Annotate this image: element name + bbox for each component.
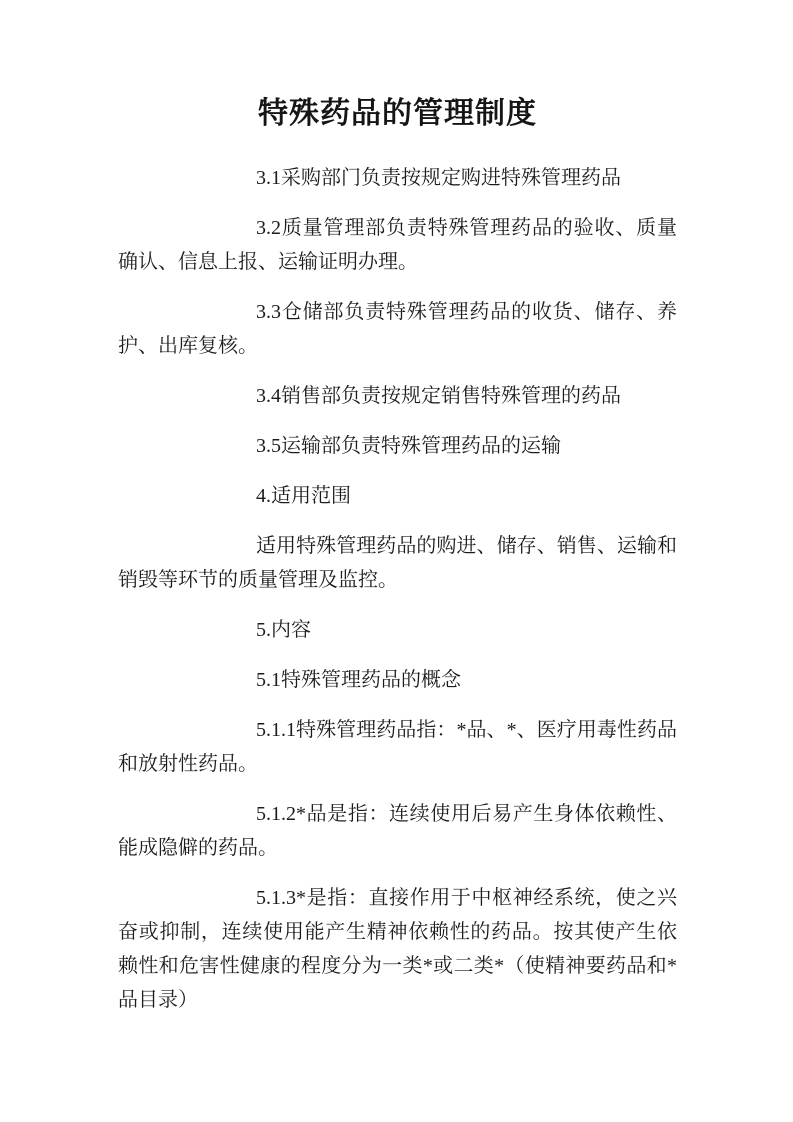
paragraph-3-5: 3.5运输部负责特殊管理药品的运输 [118, 429, 677, 463]
paragraph-3-2: 3.2质量管理部负责特殊管理药品的验收、质量确认、信息上报、运输证明办理。 [118, 211, 677, 279]
paragraph-3-1: 3.1采购部门负责按规定购进特殊管理药品 [118, 161, 677, 195]
document-page: 特殊药品的管理制度 3.1采购部门负责按规定购进特殊管理药品 3.2质量管理部负… [0, 0, 793, 1122]
paragraph-3-3: 3.3仓储部负责特殊管理药品的收货、储存、养护、出库复核。 [118, 295, 677, 363]
paragraph-4: 4.适用范围 [118, 479, 677, 513]
document-title: 特殊药品的管理制度 [118, 92, 677, 136]
paragraph-5: 5.内容 [118, 613, 677, 647]
paragraph-5-1-2: 5.1.2*品是指：连续使用后易产生身体依赖性、能成隐僻的药品。 [118, 797, 677, 865]
paragraph-5-1-3: 5.1.3*是指：直接作用于中枢神经系统，使之兴奋或抑制，连续使用能产生精神依赖… [118, 881, 677, 1017]
paragraph-4-body: 适用特殊管理药品的购进、储存、销售、运输和销毁等环节的质量管理及监控。 [118, 529, 677, 597]
paragraph-5-1: 5.1特殊管理药品的概念 [118, 663, 677, 697]
paragraph-5-1-1: 5.1.1特殊管理药品指：*品、*、医疗用毒性药品和放射性药品。 [118, 713, 677, 781]
paragraph-3-4: 3.4销售部负责按规定销售特殊管理的药品 [118, 379, 677, 413]
